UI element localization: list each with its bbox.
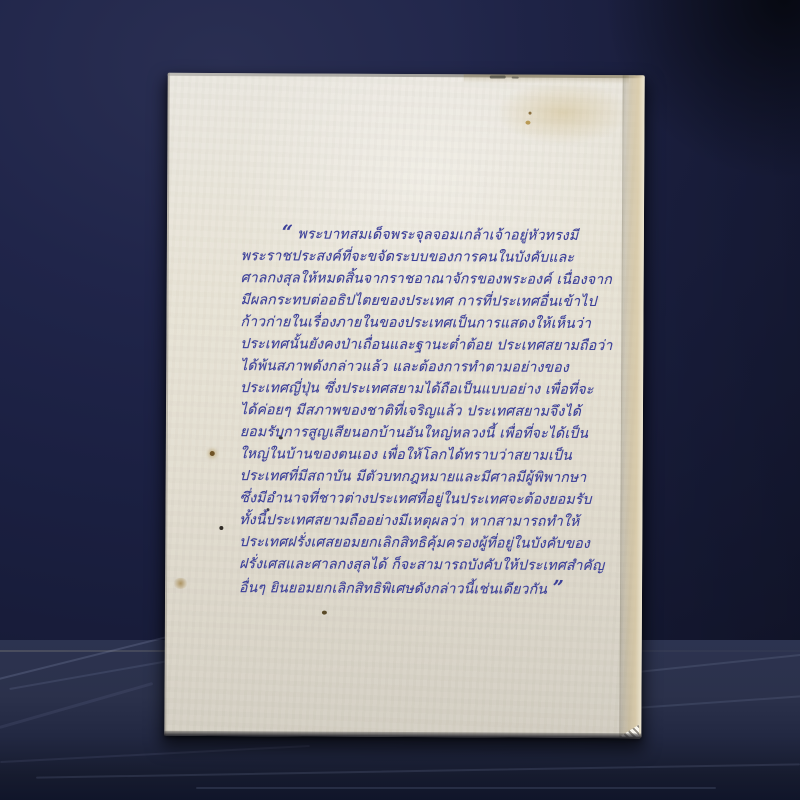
- stain-speck: [219, 526, 223, 530]
- stain-speck: [525, 121, 530, 125]
- quote-line: ใหญ่ในบ้านของตนเอง เพื่อให้โลกได้ทราบว่า…: [240, 443, 608, 467]
- quote-line: อื่นๆ ยินยอมยกเลิกสิทธิพิเศษดังกล่าวนี้เ…: [239, 575, 607, 601]
- book-left-edge: [164, 73, 169, 736]
- table-scratch: [196, 787, 716, 789]
- quote-line: พระราชประสงค์ที่จะขจัดระบบของการคนในบังค…: [241, 245, 609, 269]
- quote-line: ก้าวก่ายในเรื่องภายในของประเทศเป็นการแสด…: [240, 311, 608, 335]
- book-hinge-strip: [619, 75, 644, 738]
- quote-line: ซึ่งมีอำนาจที่ชาวต่างประเทศที่อยู่ในประเ…: [239, 487, 607, 511]
- quote-line: “ พระบาทสมเด็จพระจุลจอมเกล้าเจ้าอยู่หัวท…: [241, 221, 609, 247]
- close-quote-mark: ”: [547, 577, 563, 599]
- quote-text-block: “ พระบาทสมเด็จพระจุลจอมเกล้าเจ้าอยู่หัวท…: [239, 221, 609, 601]
- age-stain: [495, 80, 630, 145]
- stain-speck: [210, 451, 215, 456]
- stain-speck: [529, 112, 532, 115]
- stain-speck: [322, 611, 327, 615]
- quote-line: ได้พ้นสภาพดังกล่าวแล้ว และต้องการทำตามอย…: [240, 355, 608, 379]
- stain-speck: [512, 77, 519, 79]
- quote-line: ประเทศญี่ปุ่น ซึ่งประเทศสยามได้ถือเป็นแบ…: [240, 377, 608, 401]
- quote-line: ยอมรับการสูญเสียนอกบ้านอันใหญ่หลวงนี้ เพ…: [240, 421, 608, 445]
- quote-line: ประเทศที่มีสถาบัน มีตัวบทกฎหมายและมีศาลม…: [240, 465, 608, 489]
- quote-line: ประเทศนั้นยังคงป่าเถื่อนและฐานะต่ำต้อย ป…: [240, 333, 608, 357]
- quote-line: มีผลกระทบต่ออธิปไตยของประเทศ การที่ประเท…: [240, 289, 608, 313]
- quote-line: ประเทศฝรั่งเศสยอมยกเลิกสิทธิคุ้มครองผู้ท…: [239, 531, 607, 555]
- stain-speck: [173, 578, 188, 589]
- open-quote-mark: “: [282, 221, 298, 243]
- quote-line: ศาลกงสุลให้หมดสิ้นจากราชอาณาจักรของพระอง…: [241, 267, 609, 291]
- photo-scene: “ พระบาทสมเด็จพระจุลจอมเกล้าเจ้าอยู่หัวท…: [0, 0, 800, 800]
- quote-line: ได้ค่อยๆ มีสภาพของชาติที่เจริญแล้ว ประเท…: [240, 399, 608, 423]
- age-stain: [464, 74, 629, 84]
- stain-speck: [490, 75, 506, 78]
- quote-line: ฝรั่งเศสและศาลกงสุลได้ ก็จะสามารถบังคับใ…: [239, 553, 607, 577]
- book-back-cover: “ พระบาทสมเด็จพระจุลจอมเกล้าเจ้าอยู่หัวท…: [164, 73, 644, 738]
- quote-line: ทั้งนี้ประเทศสยามถืออย่างมีเหตุผลว่า หาก…: [239, 509, 607, 533]
